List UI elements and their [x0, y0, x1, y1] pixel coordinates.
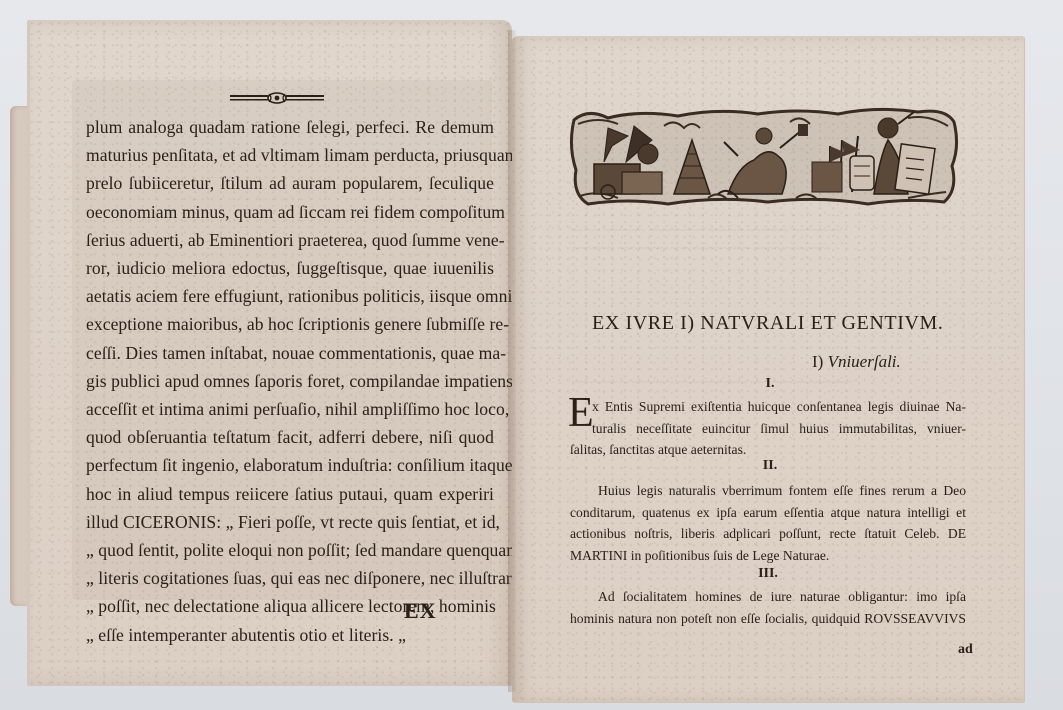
section-title: EX IVRE I) NATVRALI ET GENTIVM.	[592, 312, 972, 335]
text-line: exceptione maioribus, ab hoc ſcriptionis…	[86, 310, 494, 338]
right-page: ~~~~ ~~~~~~ ~~~~~~~~ ~~~~~ ~~~~~~ ~~~~~~…	[512, 36, 1024, 702]
text-line: oeconomiam minus, quam ad ſiccam rei fid…	[86, 198, 494, 226]
section-number: III.	[748, 566, 788, 582]
text-line: actionibus noſtris, liberis adplicari po…	[570, 523, 966, 545]
section-number: II.	[750, 458, 790, 474]
text-line: ſerius aduerti, ab Eminentiori praeterea…	[86, 226, 494, 254]
text-line: quod obſeruantia teſtatum facit, adferri…	[86, 423, 494, 451]
subtitle-number: I)	[812, 352, 823, 371]
paragraph-section-3: Ad ſocialitatem homines de iure naturae …	[570, 586, 966, 629]
section-number: I.	[750, 376, 790, 392]
text-line: prelo ſubiiceretur, ſtilum ad auram popu…	[86, 169, 494, 197]
gutter-fold	[508, 30, 516, 692]
text-line: ceſſi. Dies tamen inſtabat, nouae commen…	[86, 339, 494, 367]
text-line: perfectum ſit ingenio, elaboratum induſt…	[86, 451, 494, 479]
text-line: „ quod ſentit, polite eloqui non poſſit;…	[86, 536, 494, 564]
subtitle-text: Vniuerſali.	[828, 352, 901, 371]
left-page: plum analoga quadam ratione ſelegi, perf…	[30, 20, 512, 686]
text-line: maturius penſitata, et ad vltimam limam …	[86, 141, 494, 169]
paragraph-section-2: Huius legis naturalis vberrimum fontem e…	[570, 480, 966, 566]
text-line: gis publici apud omnes ſaporis foret, co…	[86, 367, 494, 395]
catchword: ad	[958, 642, 973, 658]
left-page-body-text: plum analoga quadam ratione ſelegi, perf…	[86, 113, 494, 649]
section-subtitle: I) Vniuerſali.	[812, 352, 901, 372]
show-through-text: ~~~~ ~~~~~~ ~~~~~~~~ ~~~~~ ~~~~~~ ~~~~~~…	[572, 222, 841, 238]
headpiece-engraving-icon	[568, 106, 960, 208]
text-line: „ eſſe intemperanter abutentis otio et l…	[86, 621, 494, 649]
text-line: aetatis aciem fere effugiunt, rationibus…	[86, 282, 494, 310]
tailpiece-ornament-icon	[230, 92, 324, 104]
text-line: plum analoga quadam ratione ſelegi, perf…	[86, 113, 494, 141]
text-line: „ literis cogitationes ſuas, qui eas nec…	[86, 564, 494, 592]
text-line: conditarum, quatenus ex ipſa earum eſſen…	[570, 502, 966, 524]
text-line: acceſſit et intima animi perſuaſio, nihi…	[86, 395, 494, 423]
text-line: x Entis Supremi exiſtentia huicque conſe…	[570, 396, 966, 418]
text-line: turalis neceſſitate euincitur ſimul huiu…	[570, 418, 966, 440]
text-line: hominis natura non poteſt non eſſe ſocia…	[570, 608, 966, 630]
catchword: EX	[404, 598, 437, 624]
text-line: Huius legis naturalis vberrimum fontem e…	[570, 480, 966, 502]
text-line: ror, iudicio meliora edoctus, ſuggeſtisq…	[86, 254, 494, 282]
text-line: hoc in aliud tempus reiicere ſatius puta…	[86, 480, 494, 508]
text-line: Ad ſocialitatem homines de iure naturae …	[570, 586, 966, 608]
text-line: illud CICERONIS: „ Fieri poſſe, vt recte…	[86, 508, 494, 536]
show-through-text: ~~~~~~ ~~~~~~~ ~~~ ~~~~~~~~ ~~~~ ~~~~~~	[572, 240, 827, 256]
show-through-text: ~~~~~~~~ ~~~~~~ ~~~~~~~~~~ ~~~~~~ ~~~~~~…	[572, 374, 852, 390]
paragraph-section-1: x Entis Supremi exiſtentia huicque conſe…	[570, 396, 966, 461]
text-line: MARTINI in poſitionibus ſuis de Lege Nat…	[570, 545, 966, 567]
